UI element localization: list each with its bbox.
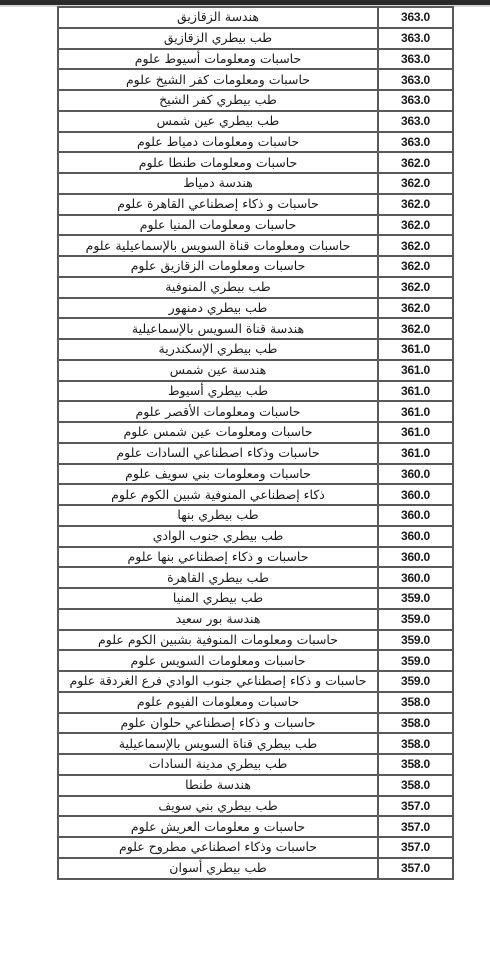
min-score-cell: 362.0 <box>378 318 453 339</box>
min-score-cell: 360.0 <box>378 464 453 485</box>
min-score-cell: 358.0 <box>378 775 453 796</box>
table-row: طب بيطري القاهرة360.0 <box>58 567 453 588</box>
min-score-cell: 362.0 <box>378 235 453 256</box>
program-name-cell: حاسبات ومعلومات كفر الشيخ علوم <box>58 69 378 90</box>
min-score-cell: 357.0 <box>378 816 453 837</box>
program-name-cell: هندسة قناة السويس بالإسماعيلية <box>58 318 378 339</box>
min-score-cell: 359.0 <box>378 609 453 630</box>
table-row: طب بيطري المنوفية362.0 <box>58 277 453 298</box>
table-row: حاسبات وذكاء اصطناعي السادات علوم361.0 <box>58 443 453 464</box>
program-name-cell: طب بيطري المنيا <box>58 588 378 609</box>
min-score-cell: 363.0 <box>378 28 453 49</box>
min-score-cell: 363.0 <box>378 49 453 70</box>
min-score-cell: 361.0 <box>378 443 453 464</box>
table-row: طب بيطري أسيوط361.0 <box>58 381 453 402</box>
table-row: هندسة طنطا358.0 <box>58 775 453 796</box>
program-name-cell: طب بيطري جنوب الوادي <box>58 526 378 547</box>
table-row: هندسة قناة السويس بالإسماعيلية362.0 <box>58 318 453 339</box>
program-name-cell: حاسبات و معلومات العريش علوم <box>58 816 378 837</box>
program-name-cell: حاسبات ومعلومات المنيا علوم <box>58 215 378 236</box>
table-row: حاسبات ومعلومات السويس علوم359.0 <box>58 650 453 671</box>
program-name-cell: حاسبات وذكاء اصطناعي السادات علوم <box>58 443 378 464</box>
program-name-cell: طب بيطري أسوان <box>58 858 378 879</box>
table-row: ذكاء إصطناعي المنوفية شبين الكوم علوم360… <box>58 484 453 505</box>
program-name-cell: حاسبات ومعلومات قناة السويس بالإسماعيلية… <box>58 235 378 256</box>
table-row: حاسبات ومعلومات عين شمس علوم361.0 <box>58 422 453 443</box>
min-score-cell: 358.0 <box>378 754 453 775</box>
program-name-cell: حاسبات ومعلومات طنطا علوم <box>58 152 378 173</box>
table-row: حاسبات ومعلومات أسيوط علوم363.0 <box>58 49 453 70</box>
min-score-cell: 360.0 <box>378 526 453 547</box>
table-row: حاسبات ومعلومات الزقازيق علوم362.0 <box>58 256 453 277</box>
table-row: حاسبات ومعلومات الأقصر علوم361.0 <box>58 401 453 422</box>
program-name-cell: حاسبات ومعلومات الأقصر علوم <box>58 401 378 422</box>
min-score-cell: 358.0 <box>378 713 453 734</box>
program-name-cell: حاسبات ومعلومات دمياط علوم <box>58 132 378 153</box>
table-row: طب بيطري كفر الشيخ363.0 <box>58 90 453 111</box>
table-row: طب بيطري جنوب الوادي360.0 <box>58 526 453 547</box>
table-row: حاسبات ومعلومات المنيا علوم362.0 <box>58 215 453 236</box>
table-row: حاسبات و ذكاء إصطناعي حلوان علوم358.0 <box>58 713 453 734</box>
admission-scores-table-container: هندسة الزقازيق363.0طب بيطري الزقازيق363.… <box>57 6 452 959</box>
program-name-cell: طب بيطري بنها <box>58 505 378 526</box>
table-row: حاسبات و معلومات العريش علوم357.0 <box>58 816 453 837</box>
min-score-cell: 360.0 <box>378 484 453 505</box>
min-score-cell: 361.0 <box>378 339 453 360</box>
min-score-cell: 359.0 <box>378 650 453 671</box>
min-score-cell: 359.0 <box>378 671 453 692</box>
program-name-cell: حاسبات و ذكاء إصطناعي القاهرة علوم <box>58 194 378 215</box>
table-row: طب بيطري المنيا359.0 <box>58 588 453 609</box>
program-name-cell: هندسة الزقازيق <box>58 7 378 28</box>
table-row: حاسبات ومعلومات طنطا علوم362.0 <box>58 152 453 173</box>
table-row: حاسبات ومعلومات الفيوم علوم358.0 <box>58 692 453 713</box>
min-score-cell: 360.0 <box>378 505 453 526</box>
program-name-cell: حاسبات ومعلومات الزقازيق علوم <box>58 256 378 277</box>
program-name-cell: طب بيطري الإسكندرية <box>58 339 378 360</box>
table-row: طب بيطري بني سويف357.0 <box>58 796 453 817</box>
min-score-cell: 359.0 <box>378 630 453 651</box>
table-row: طب بيطري دمنهور362.0 <box>58 298 453 319</box>
min-score-cell: 362.0 <box>378 256 453 277</box>
program-name-cell: حاسبات ومعلومات السويس علوم <box>58 650 378 671</box>
table-row: هندسة عين شمس361.0 <box>58 360 453 381</box>
min-score-cell: 362.0 <box>378 152 453 173</box>
table-row: حاسبات و ذكاء إصطناعي جنوب الوادي فرع ال… <box>58 671 453 692</box>
min-score-cell: 362.0 <box>378 215 453 236</box>
min-score-cell: 363.0 <box>378 69 453 90</box>
program-name-cell: ذكاء إصطناعي المنوفية شبين الكوم علوم <box>58 484 378 505</box>
program-name-cell: طب بيطري القاهرة <box>58 567 378 588</box>
table-row: طب بيطري مدينة السادات358.0 <box>58 754 453 775</box>
min-score-cell: 363.0 <box>378 132 453 153</box>
program-name-cell: حاسبات ومعلومات الفيوم علوم <box>58 692 378 713</box>
table-row: هندسة دمياط362.0 <box>58 173 453 194</box>
min-score-cell: 362.0 <box>378 173 453 194</box>
program-name-cell: حاسبات ومعلومات أسيوط علوم <box>58 49 378 70</box>
min-score-cell: 359.0 <box>378 588 453 609</box>
min-score-cell: 357.0 <box>378 837 453 858</box>
table-row: حاسبات ومعلومات دمياط علوم363.0 <box>58 132 453 153</box>
min-score-cell: 361.0 <box>378 422 453 443</box>
table-row: حاسبات ومعلومات المنوفية بشبين الكوم علو… <box>58 630 453 651</box>
admission-scores-table: هندسة الزقازيق363.0طب بيطري الزقازيق363.… <box>57 6 454 880</box>
min-score-cell: 362.0 <box>378 194 453 215</box>
program-name-cell: حاسبات و ذكاء إصطناعي جنوب الوادي فرع ال… <box>58 671 378 692</box>
program-name-cell: حاسبات ومعلومات المنوفية بشبين الكوم علو… <box>58 630 378 651</box>
min-score-cell: 363.0 <box>378 90 453 111</box>
table-row: حاسبات وذكاء اصطناعي مطروح علوم357.0 <box>58 837 453 858</box>
program-name-cell: هندسة بور سعيد <box>58 609 378 630</box>
min-score-cell: 361.0 <box>378 360 453 381</box>
min-score-cell: 358.0 <box>378 692 453 713</box>
table-body: هندسة الزقازيق363.0طب بيطري الزقازيق363.… <box>58 7 453 879</box>
table-row: حاسبات ومعلومات كفر الشيخ علوم363.0 <box>58 69 453 90</box>
min-score-cell: 361.0 <box>378 401 453 422</box>
program-name-cell: طب بيطري قناة السويس بالإسماعيلية <box>58 733 378 754</box>
min-score-cell: 360.0 <box>378 567 453 588</box>
min-score-cell: 363.0 <box>378 111 453 132</box>
table-row: حاسبات و ذكاء إصطناعي بنها علوم360.0 <box>58 547 453 568</box>
min-score-cell: 362.0 <box>378 298 453 319</box>
program-name-cell: حاسبات ومعلومات عين شمس علوم <box>58 422 378 443</box>
table-row: حاسبات ومعلومات بني سويف علوم360.0 <box>58 464 453 485</box>
min-score-cell: 357.0 <box>378 796 453 817</box>
min-score-cell: 358.0 <box>378 733 453 754</box>
min-score-cell: 361.0 <box>378 381 453 402</box>
min-score-cell: 362.0 <box>378 277 453 298</box>
table-row: طب بيطري الزقازيق363.0 <box>58 28 453 49</box>
min-score-cell: 357.0 <box>378 858 453 879</box>
table-row: طب بيطري الإسكندرية361.0 <box>58 339 453 360</box>
program-name-cell: هندسة دمياط <box>58 173 378 194</box>
table-row: حاسبات و ذكاء إصطناعي القاهرة علوم362.0 <box>58 194 453 215</box>
program-name-cell: حاسبات و ذكاء إصطناعي حلوان علوم <box>58 713 378 734</box>
program-name-cell: هندسة طنطا <box>58 775 378 796</box>
program-name-cell: حاسبات ومعلومات بني سويف علوم <box>58 464 378 485</box>
program-name-cell: طب بيطري أسيوط <box>58 381 378 402</box>
table-row: حاسبات ومعلومات قناة السويس بالإسماعيلية… <box>58 235 453 256</box>
program-name-cell: طب بيطري عين شمس <box>58 111 378 132</box>
table-row: هندسة بور سعيد359.0 <box>58 609 453 630</box>
program-name-cell: طب بيطري المنوفية <box>58 277 378 298</box>
program-name-cell: طب بيطري بني سويف <box>58 796 378 817</box>
program-name-cell: طب بيطري الزقازيق <box>58 28 378 49</box>
min-score-cell: 360.0 <box>378 547 453 568</box>
program-name-cell: حاسبات وذكاء اصطناعي مطروح علوم <box>58 837 378 858</box>
table-row: طب بيطري بنها360.0 <box>58 505 453 526</box>
program-name-cell: هندسة عين شمس <box>58 360 378 381</box>
min-score-cell: 363.0 <box>378 7 453 28</box>
program-name-cell: طب بيطري دمنهور <box>58 298 378 319</box>
table-row: طب بيطري عين شمس363.0 <box>58 111 453 132</box>
program-name-cell: حاسبات و ذكاء إصطناعي بنها علوم <box>58 547 378 568</box>
table-row: طب بيطري قناة السويس بالإسماعيلية358.0 <box>58 733 453 754</box>
program-name-cell: طب بيطري مدينة السادات <box>58 754 378 775</box>
table-row: هندسة الزقازيق363.0 <box>58 7 453 28</box>
table-row: طب بيطري أسوان357.0 <box>58 858 453 879</box>
program-name-cell: طب بيطري كفر الشيخ <box>58 90 378 111</box>
